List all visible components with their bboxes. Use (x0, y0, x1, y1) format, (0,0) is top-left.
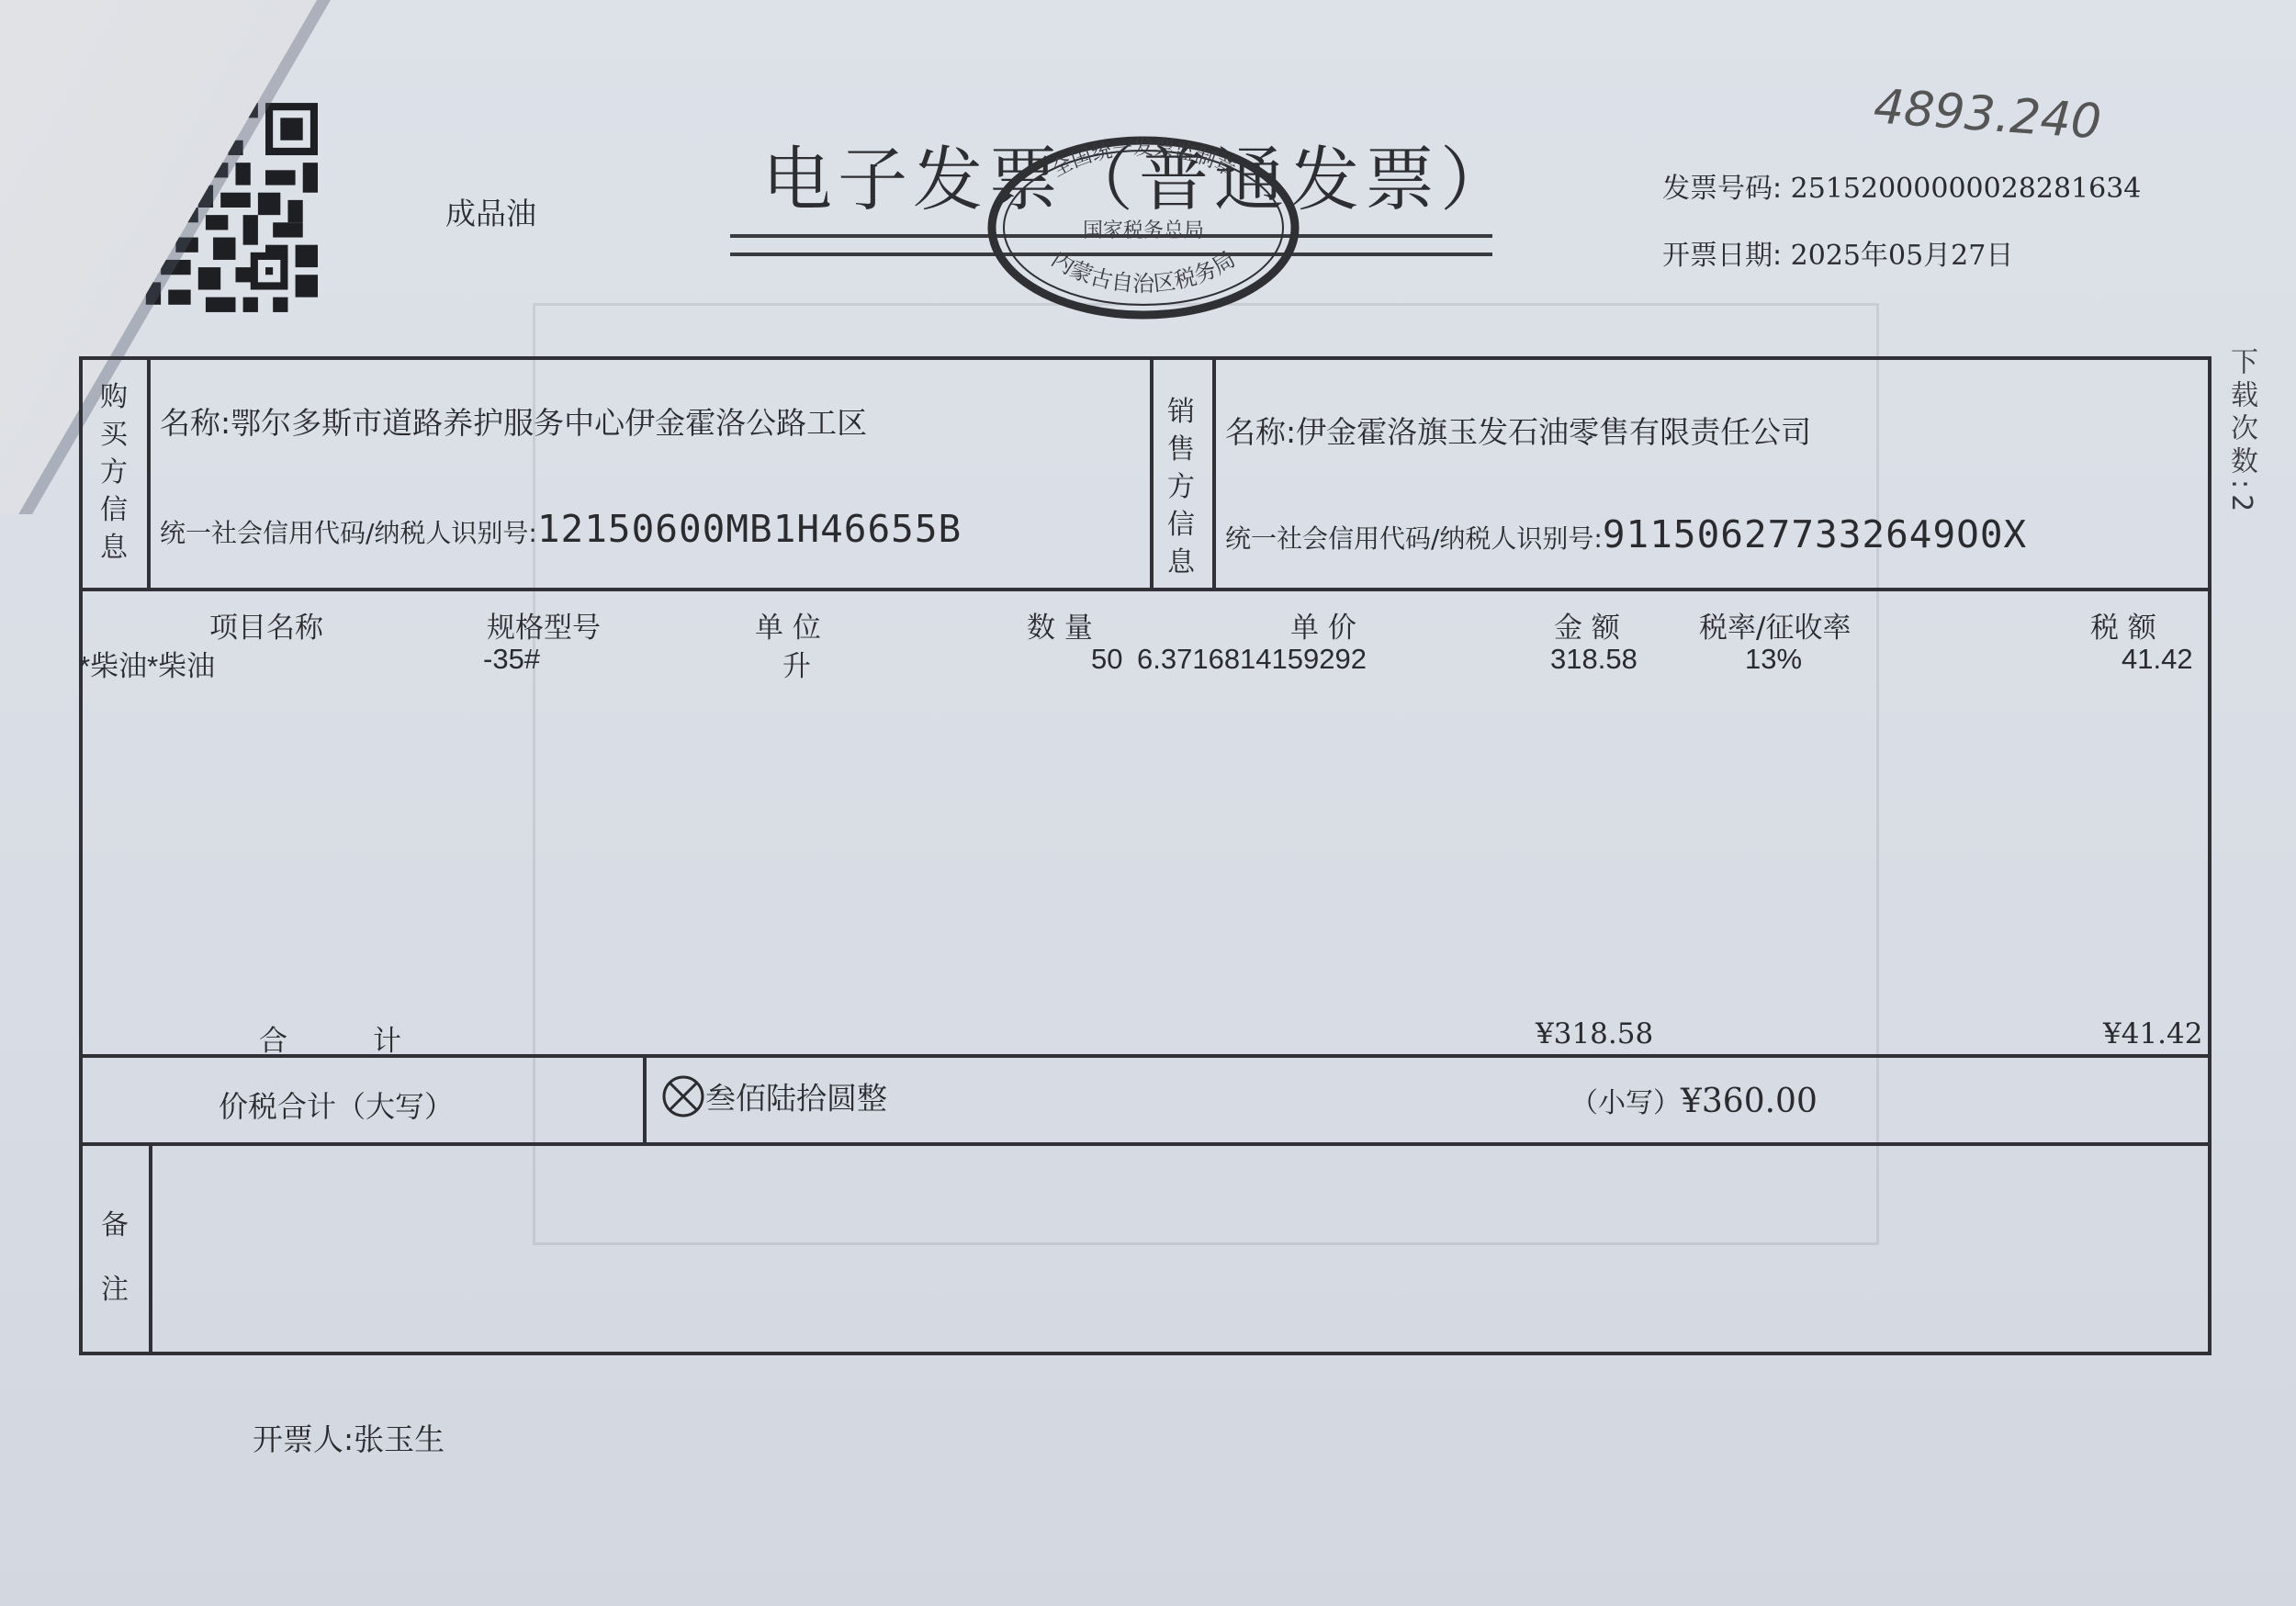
invoice-date: 开票日期: 2025年05月27日 (1662, 232, 2013, 273)
divider (149, 1142, 152, 1355)
divider (147, 356, 151, 590)
issuer-name: 张玉生 (354, 1421, 445, 1457)
divider (1212, 356, 1216, 590)
total-tax: ¥41.42 (2103, 1017, 2202, 1050)
buyer-tax-id: 统一社会信用代码/纳税人识别号:12150600MB1H46655B (160, 507, 962, 551)
download-count-label: 下载次数: (2225, 347, 2257, 494)
item-spec: -35# (483, 643, 540, 676)
buyer-tax-id-value: 12150600MB1H46655B (537, 507, 962, 551)
remarks-label: 备注 (95, 1194, 135, 1322)
invoice-date-label: 开票日期: (1662, 240, 1782, 272)
buyer-tax-id-label: 统一社会信用代码/纳税人识别号: (160, 518, 537, 548)
header-item-name: 项目名称 (209, 604, 323, 646)
header-unit-price: 单 价 (1290, 604, 1356, 646)
seller-name-label: 名称: (1225, 414, 1296, 450)
buyer-section-label: 购买方信息 (94, 378, 134, 567)
svg-text:全国统一发票监制章: 全国统一发票监制章 (1048, 137, 1239, 182)
header-tax: 税 额 (2090, 604, 2156, 646)
divider (1150, 356, 1154, 590)
stamp-bottom-text: 内蒙古自治区税务局 (1047, 246, 1240, 297)
seller-tax-id-value: 911506277332649O0X (1603, 512, 2027, 556)
invoice-category: 成品油 (445, 190, 536, 233)
issuer-label: 开票人: (253, 1421, 354, 1457)
stamp-middle-text: 国家税务总局 (1083, 219, 1204, 242)
header-amount: 金 额 (1554, 604, 1620, 646)
grand-total-words: 叁佰陆拾圆整 (661, 1074, 887, 1126)
seller-name: 名称:伊金霍洛旗玉发石油零售有限责任公司 (1225, 409, 1811, 452)
cross-circle-icon (661, 1074, 705, 1126)
seller-tax-id: 统一社会信用代码/纳税人识别号:911506277332649O0X (1225, 512, 2027, 556)
total-amount: ¥318.58 (1536, 1017, 1653, 1050)
download-count-value: 2 (2225, 494, 2257, 517)
item-name: *柴油*柴油 (79, 643, 215, 684)
invoice-date-value: 2025年05月27日 (1791, 240, 2014, 272)
item-tax: 41.42 (2122, 643, 2193, 676)
header-unit: 单 位 (755, 604, 821, 646)
header-tax-rate: 税率/征收率 (1699, 604, 1851, 646)
item-unit-price: 6.3716814159292 (1137, 643, 1367, 676)
item-tax-rate: 13% (1745, 643, 1802, 676)
seller-name-value: 伊金霍洛旗玉发石油零售有限责任公司 (1296, 414, 1811, 450)
grand-total-label: 价税合计（大写） (219, 1084, 454, 1126)
issuer: 开票人:张玉生 (253, 1416, 445, 1459)
header-quantity: 数 量 (1027, 604, 1093, 646)
item-amount: 318.58 (1550, 643, 1638, 676)
buyer-name: 名称:鄂尔多斯市道路养护服务中心伊金霍洛公路工区 (160, 399, 867, 443)
grand-total-small-label: （小写） (1570, 1087, 1681, 1119)
seller-tax-id-label: 统一社会信用代码/纳税人识别号: (1225, 523, 1603, 554)
grand-total-small-value: ¥360.00 (1681, 1083, 1818, 1120)
tax-bureau-stamp-icon: 全国统一发票监制章 国家税务总局 内蒙古自治区税务局 (987, 136, 1300, 320)
total-label: 合 计 (259, 1017, 401, 1059)
divider (79, 1142, 2212, 1146)
svg-text:内蒙古自治区税务局: 内蒙古自治区税务局 (1047, 246, 1240, 297)
invoice-number: 发票号码: 25152000000028281634 (1662, 165, 2141, 206)
grand-total-words-value: 叁佰陆拾圆整 (705, 1081, 887, 1117)
divider (79, 588, 2212, 591)
stamp-top-text: 全国统一发票监制章 (1048, 137, 1239, 182)
buyer-name-value: 鄂尔多斯市道路养护服务中心伊金霍洛公路工区 (231, 405, 867, 441)
item-unit: 升 (782, 643, 811, 684)
grand-total-small: （小写）¥360.00 (1570, 1080, 1818, 1120)
invoice-number-label: 发票号码: (1662, 173, 1782, 205)
download-count: 下载次数:2 (2221, 347, 2261, 517)
buyer-name-label: 名称: (160, 405, 231, 441)
invoice-number-value: 25152000000028281634 (1791, 173, 2142, 205)
item-quantity: 50 (1091, 643, 1122, 676)
seller-section-label: 销售方信息 (1161, 393, 1201, 581)
divider (643, 1054, 647, 1144)
header-spec: 规格型号 (487, 604, 601, 646)
